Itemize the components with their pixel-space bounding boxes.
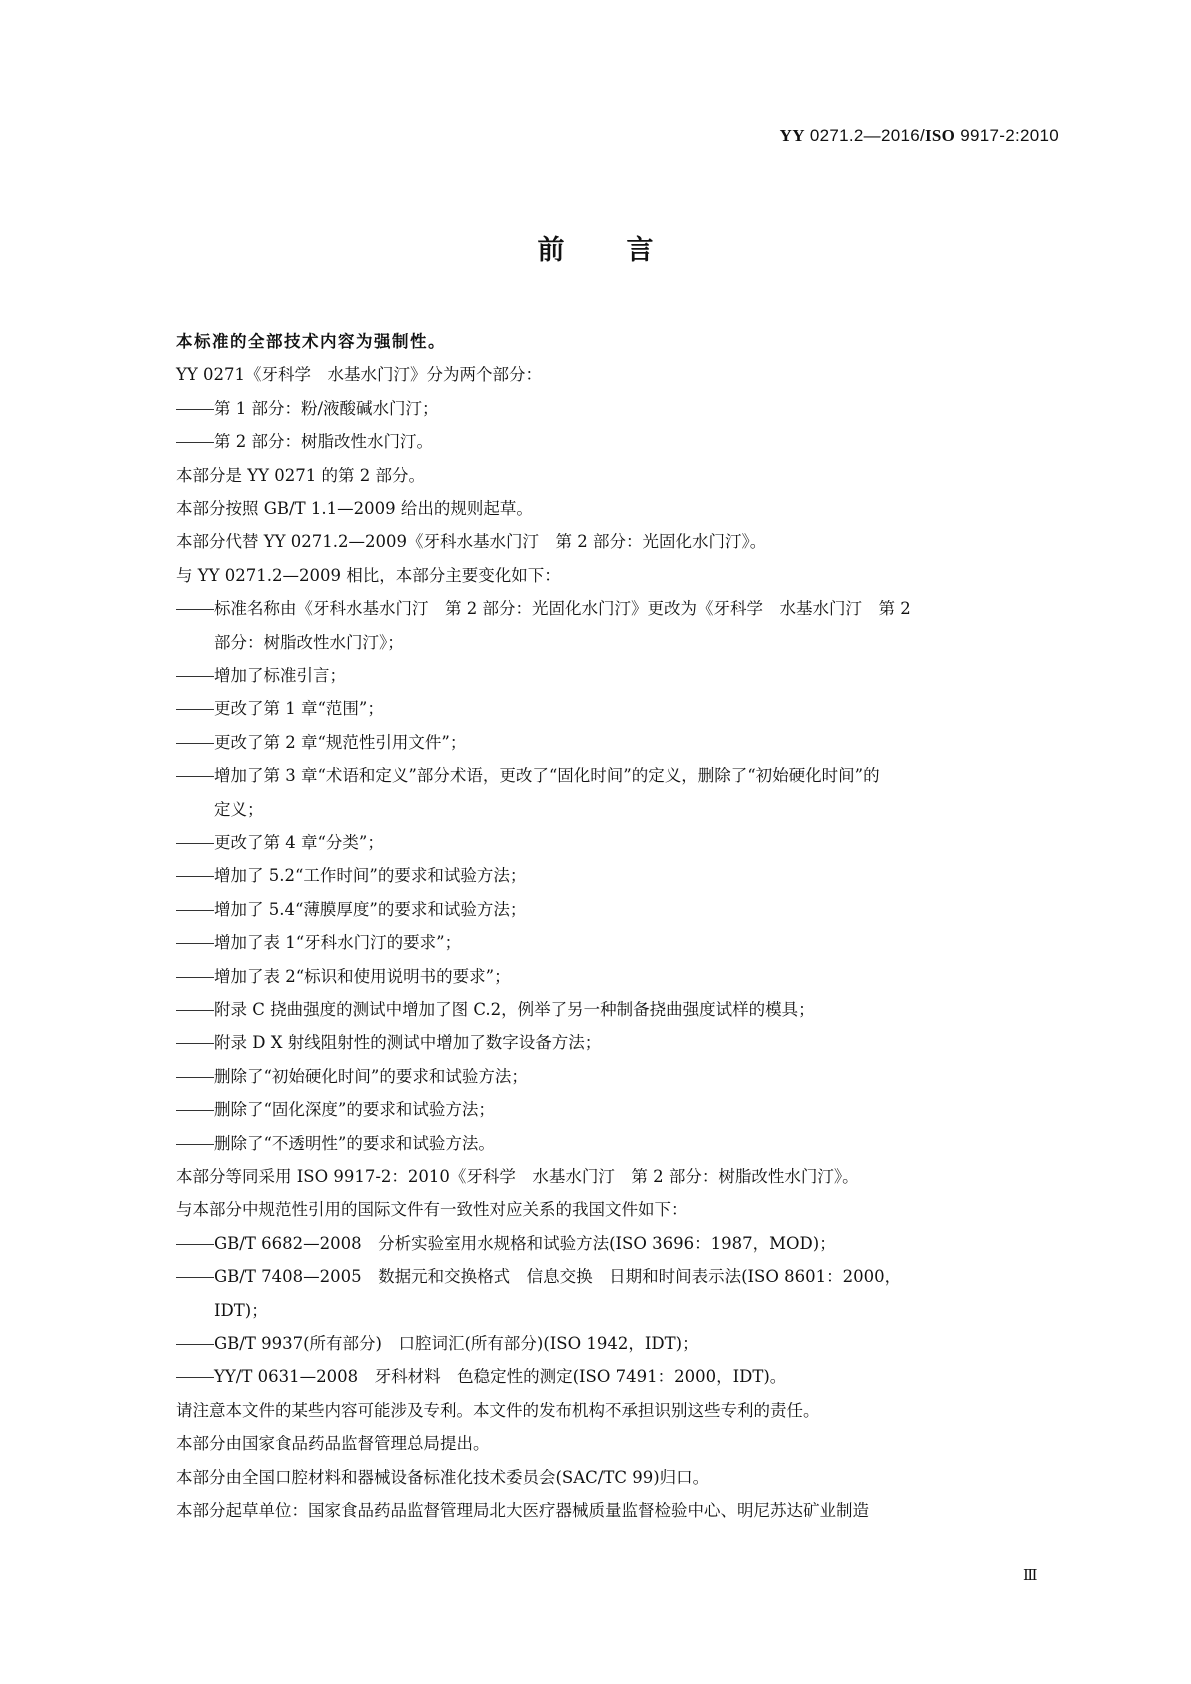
list-item-continuation: IDT)； [176,1294,1056,1327]
paragraph-iso-adoption: 本部分等同采用 ISO 9917-2：2010《牙科学 水基水门汀 第 2 部分… [176,1160,1056,1193]
paragraph: 与 YY 0271.2—2009 相比，本部分主要变化如下： [176,559,1056,592]
list-item: 更改了第 2 章“规范性引用文件”； [176,726,1056,759]
list-item: 增加了表 1“牙科水门汀的要求”； [176,926,1056,959]
paragraph: 本部分是 YY 0271 的第 2 部分。 [176,459,1056,492]
paragraph-drafting-units: 本部分起草单位：国家食品药品监督管理局北大医疗器械质量监督检验中心、明尼苏达矿业… [176,1494,1056,1527]
standard-code-iso-number: 9917-2:2010 [960,126,1059,145]
list-item: 删除了“不透明性”的要求和试验方法。 [176,1127,1056,1160]
list-item: GB/T 7408—2005 数据元和交换格式 信息交换 日期和时间表示法(IS… [176,1260,1056,1293]
list-item: 标准名称由《牙科水基水门汀 第 2 部分：光固化水门汀》更改为《牙科学 水基水门… [176,592,1056,625]
dash-bullet [176,425,214,458]
standard-code-iso: ISO [925,126,955,145]
standard-code-number: 0271.2—2016/ [810,126,925,145]
list-item-continuation: 部分：树脂改性水门汀》； [176,626,1056,659]
standard-code-header: YY 0271.2—2016/ISO 9917-2:2010 [780,126,1059,146]
dash-bullet [176,926,214,959]
list-item: 附录 D X 射线阻射性的测试中增加了数字设备方法； [176,1026,1056,1059]
mandatory-statement: 本标准的全部技术内容为强制性。 [176,325,1056,358]
dash-bullet [176,893,214,926]
paragraph-patent-notice: 请注意本文件的某些内容可能涉及专利。本文件的发布机构不承担识别这些专利的责任。 [176,1394,1056,1427]
page-number: Ⅲ [1023,1566,1037,1585]
dash-bullet [176,1060,214,1093]
list-item: YY/T 0631—2008 牙科材料 色稳定性的测定(ISO 7491：200… [176,1360,1056,1393]
dash-bullet [176,1026,214,1059]
dash-bullet [176,960,214,993]
dash-bullet [176,692,214,725]
list-item: GB/T 6682—2008 分析实验室用水规格和试验方法(ISO 3696：1… [176,1227,1056,1260]
dash-bullet [176,1093,214,1126]
dash-bullet [176,1327,214,1360]
dash-bullet [176,1260,214,1293]
dash-bullet [176,1227,214,1260]
paragraph-technical-committee: 本部分由全国口腔材料和器械设备标准化技术委员会(SAC/TC 99)归口。 [176,1461,1056,1494]
list-item: 更改了第 1 章“范围”； [176,692,1056,725]
dash-bullet [176,993,214,1026]
dash-bullet [176,726,214,759]
dash-bullet [176,759,214,792]
list-item: 增加了标准引言； [176,659,1056,692]
list-item: 第 1 部分：粉/液酸碱水门汀； [176,392,1056,425]
dash-bullet [176,659,214,692]
dash-bullet [176,826,214,859]
page-title: 前言 [0,228,1191,267]
list-item: 增加了 5.4“薄膜厚度”的要求和试验方法； [176,893,1056,926]
paragraph-proposer: 本部分由国家食品药品监督管理总局提出。 [176,1427,1056,1460]
paragraph: 本部分代替 YY 0271.2—2009《牙科水基水门汀 第 2 部分：光固化水… [176,525,1056,558]
list-item-continuation: 定义； [176,793,1056,826]
list-item: GB/T 9937(所有部分) 口腔词汇(所有部分)(ISO 1942，IDT)… [176,1327,1056,1360]
references-list: GB/T 6682—2008 分析实验室用水规格和试验方法(ISO 3696：1… [176,1227,1056,1394]
changes-list: 标准名称由《牙科水基水门汀 第 2 部分：光固化水门汀》更改为《牙科学 水基水门… [176,592,1056,1160]
dash-bullet [176,1360,214,1393]
paragraph-parts-intro: YY 0271《牙科学 水基水门汀》分为两个部分： [176,358,1056,391]
paragraph-references-intro: 与本部分中规范性引用的国际文件有一致性对应关系的我国文件如下： [176,1193,1056,1226]
list-item: 附录 C 挠曲强度的测试中增加了图 C.2，例举了另一种制备挠曲强度试样的模具； [176,993,1056,1026]
dash-bullet [176,1127,214,1160]
dash-bullet [176,392,214,425]
standard-code-prefix: YY [780,126,805,145]
list-item: 更改了第 4 章“分类”； [176,826,1056,859]
list-item: 增加了表 2“标识和使用说明书的要求”； [176,960,1056,993]
list-item: 删除了“初始硬化时间”的要求和试验方法； [176,1060,1056,1093]
paragraph: 本部分按照 GB/T 1.1—2009 给出的规则起草。 [176,492,1056,525]
list-item: 增加了 5.2“工作时间”的要求和试验方法； [176,859,1056,892]
list-item: 第 2 部分：树脂改性水门汀。 [176,425,1056,458]
foreword-body: 本标准的全部技术内容为强制性。 YY 0271《牙科学 水基水门汀》分为两个部分… [176,325,1056,1527]
dash-bullet [176,592,214,625]
list-item: 增加了第 3 章“术语和定义”部分术语，更改了“固化时间”的定义，删除了“初始硬… [176,759,1056,792]
list-item: 删除了“固化深度”的要求和试验方法； [176,1093,1056,1126]
dash-bullet [176,859,214,892]
